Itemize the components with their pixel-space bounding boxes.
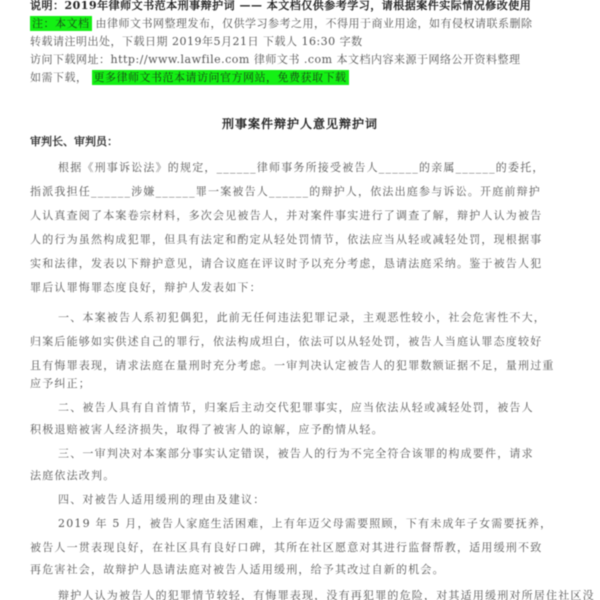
- highlight-note: 注：本文档: [30, 16, 92, 31]
- paragraph-line: 法庭依法改判。: [30, 466, 566, 486]
- paragraph-line: 四、对被告人适用缓刑的理由及建议：: [30, 490, 594, 510]
- highlight-link[interactable]: 更多律师文书范本请访问官方网站，免费获取下载: [92, 70, 349, 85]
- paragraph-line: 2019 年 5 月，被告人家庭生活困难，上有年迈父母需要照顾，下有未成年子女需…: [30, 514, 594, 534]
- paragraph-line: 人的行为虽然构成犯罪，但具有法定和酌定从轻处罚情节，依法应当从轻或减轻处罚，现根…: [30, 230, 566, 250]
- paragraph-line: 人认真查阅了本案卷宗材料，多次会见被告人，并对案件事实进行了调查了解，辩护人认为…: [30, 206, 566, 226]
- paragraph-line: 辩护人认为被告人的犯罪情节较轻，有悔罪表现，没有再犯罪的危险，对其适用缓刑对所居…: [30, 586, 594, 600]
- paragraph-line: 积极退赔被害人经济损失，取得了被害人的谅解，应予酌情从轻。: [30, 420, 566, 440]
- header-line-5: 如需下载， 更多律师文书范本请访问官方网站，免费获取下载: [30, 68, 570, 88]
- header-line-4: 访问下载网址：http://www.lawfile.com 律师文书 .com …: [30, 50, 570, 70]
- header-line-3: 转载请注明出处，下载日期 2019年5月21日 下载人 16:30 字数: [30, 32, 570, 52]
- paragraph-line: 指派我担任______涉嫌______罪一案被告人______的辩护人，依法出庭…: [30, 182, 566, 202]
- paragraph-line: 三、一审判决对本案部分事实认定错误，被告人的行为不完全符合该罪的构成要件，请求: [30, 444, 594, 464]
- paragraph-line: 再危害社会，故辩护人恳请法庭对被告人适用缓刑，给予其改过自新的机会。: [30, 560, 566, 580]
- paragraph-line: 二、被告人具有自首情节，归案后主动交代犯罪事实，应当依法从轻或减轻处罚，被告人: [30, 398, 594, 418]
- paragraph-line: 根据《刑事诉讼法》的规定，______律师事务所接受被告人______的亲属__…: [30, 158, 594, 178]
- paragraph-line: 一、本案被告人系初犯偶犯，此前无任何违法犯罪记录，主观恶性较小，社会危害性不大，: [30, 308, 594, 328]
- document-page: 说明：2019年律师文书范本刑事辩护词 —— 本文档仅供参考学习，请根据案件实际…: [0, 0, 600, 600]
- paragraph-line: 实和法律，发表以下辩护意见，请合议庭在评议时予以充分考虑，恳请法庭采纳。鉴于被告…: [30, 254, 566, 274]
- paragraph-line: 归案后能够如实供述自己的罪行，依法构成坦白，依法可以从轻处罚，被告人当庭认罪态度…: [30, 332, 566, 352]
- paragraph-line: 应予纠正；: [30, 374, 566, 394]
- paragraph-line: 被告人一贯表现良好，在社区具有良好口碑，其所在社区愿意对其进行监督帮教，适用缓刑…: [30, 538, 566, 558]
- document-title: 刑事案件辩护人意见辩护词: [0, 115, 600, 132]
- header-line-2: 注：本文档 由律师文书网整理发布，仅供学习参考之用，不得用于商业用途，如有侵权请…: [30, 14, 570, 34]
- paragraph-line: 罪后认罪悔罪态度良好，辩护人发表如下：: [30, 278, 566, 298]
- paragraph-line: 且有悔罪表现，请求法庭在量刑时充分考虑。一审判决认定被告人的犯罪数额证据不足，量…: [30, 356, 566, 376]
- salutation: 审判长、审判员：: [30, 132, 118, 152]
- header-line-2-text: 由律师文书网整理发布，仅供学习参考之用，不得用于商业用途，如有侵权请联系删除: [96, 17, 533, 30]
- header-line-5-prefix: 如需下载，: [30, 71, 88, 84]
